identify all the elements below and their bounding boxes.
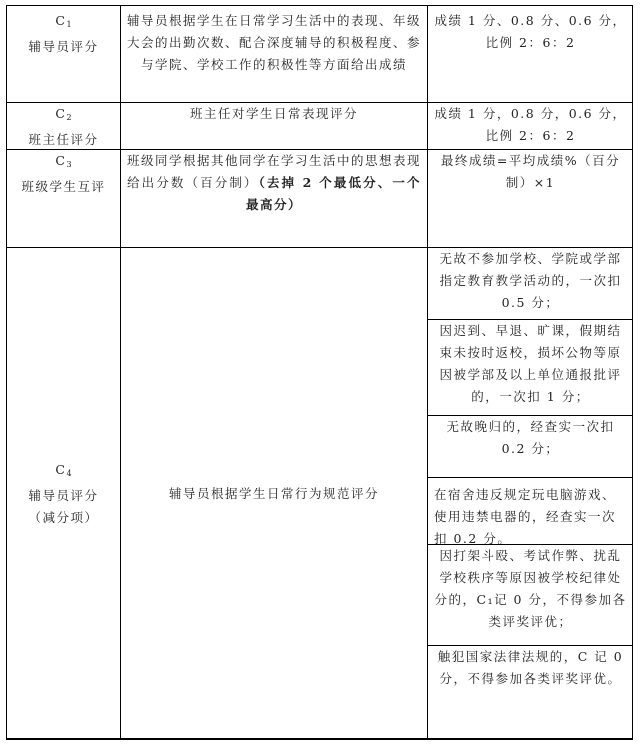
row-code: C2 bbox=[7, 103, 120, 129]
row-role: 辅导员评分 bbox=[7, 485, 120, 507]
row-code: C3 bbox=[7, 150, 120, 176]
row-c3-description: 班级同学根据其他同学在学习生活中的思想表现给出分数（百分制）（去掉 2 个最低分… bbox=[121, 150, 427, 247]
row-c4-description: 辅导员根据学生日常行为规范评分 bbox=[121, 248, 427, 739]
row-role: 辅导员评分 bbox=[7, 36, 120, 58]
row-c2-label: C2 班主任评分 bbox=[7, 103, 120, 149]
row-c2-scoring: 成绩 1 分，0.8 分，0.6 分，比例 2：6：2 bbox=[428, 103, 633, 149]
evaluation-table: C1 辅导员评分 辅导员根据学生在日常学习生活中的表现、年级大会的出勤次数、配合… bbox=[6, 5, 633, 740]
row-c4-label: C4 辅导员评分 （减分项） bbox=[7, 248, 120, 739]
row-role-note: （减分项） bbox=[7, 507, 120, 529]
deduction-item: 在宿舍违反规定玩电脑游戏、使用违禁电器的，经查实一次扣 0.2 分。 bbox=[428, 478, 633, 544]
row-c3-scoring: 最终成绩=平均成绩%（百分制）×1 bbox=[428, 150, 633, 247]
row-c3-label: C3 班级学生互评 bbox=[7, 150, 120, 247]
row-c1-description: 辅导员根据学生在日常学习生活中的表现、年级大会的出勤次数、配合深度辅导的积极程度… bbox=[121, 10, 427, 102]
deduction-item: 无故晚归的，经查实一次扣 0.2 分； bbox=[428, 416, 633, 477]
deduction-item: 因迟到、早退、旷课，假期结束未按时返校，损坏公物等原因被学部及以上单位通报批评的… bbox=[428, 320, 633, 415]
row-c2-description: 班主任对学生日常表现评分 bbox=[121, 103, 427, 149]
description-text: 辅导员根据学生日常行为规范评分 bbox=[169, 483, 379, 505]
row-role: 班主任评分 bbox=[7, 129, 120, 149]
row-c1-label: C1 辅导员评分 bbox=[7, 10, 120, 102]
row-code: C4 bbox=[7, 459, 120, 485]
deduction-item: 无故不参加学校、学院或学部指定教育教学活动的，一次扣 0.5 分； bbox=[428, 248, 633, 319]
deduction-item: 触犯国家法律法规的，C 记 0 分，不得参加各类评奖评优。 bbox=[428, 646, 633, 739]
row-code: C1 bbox=[7, 10, 120, 36]
description-bold-note: （去掉 2 个最低分、一个最高分） bbox=[246, 175, 421, 212]
row-c1-scoring: 成绩 1 分、0.8 分、0.6 分，比例 2：6：2 bbox=[428, 10, 633, 102]
deduction-item: 因打架斗殴、考试作弊、扰乱学校秩序等原因被学校纪律处分的，C₁记 0 分，不得参… bbox=[428, 545, 633, 645]
row-role: 班级学生互评 bbox=[7, 176, 120, 198]
